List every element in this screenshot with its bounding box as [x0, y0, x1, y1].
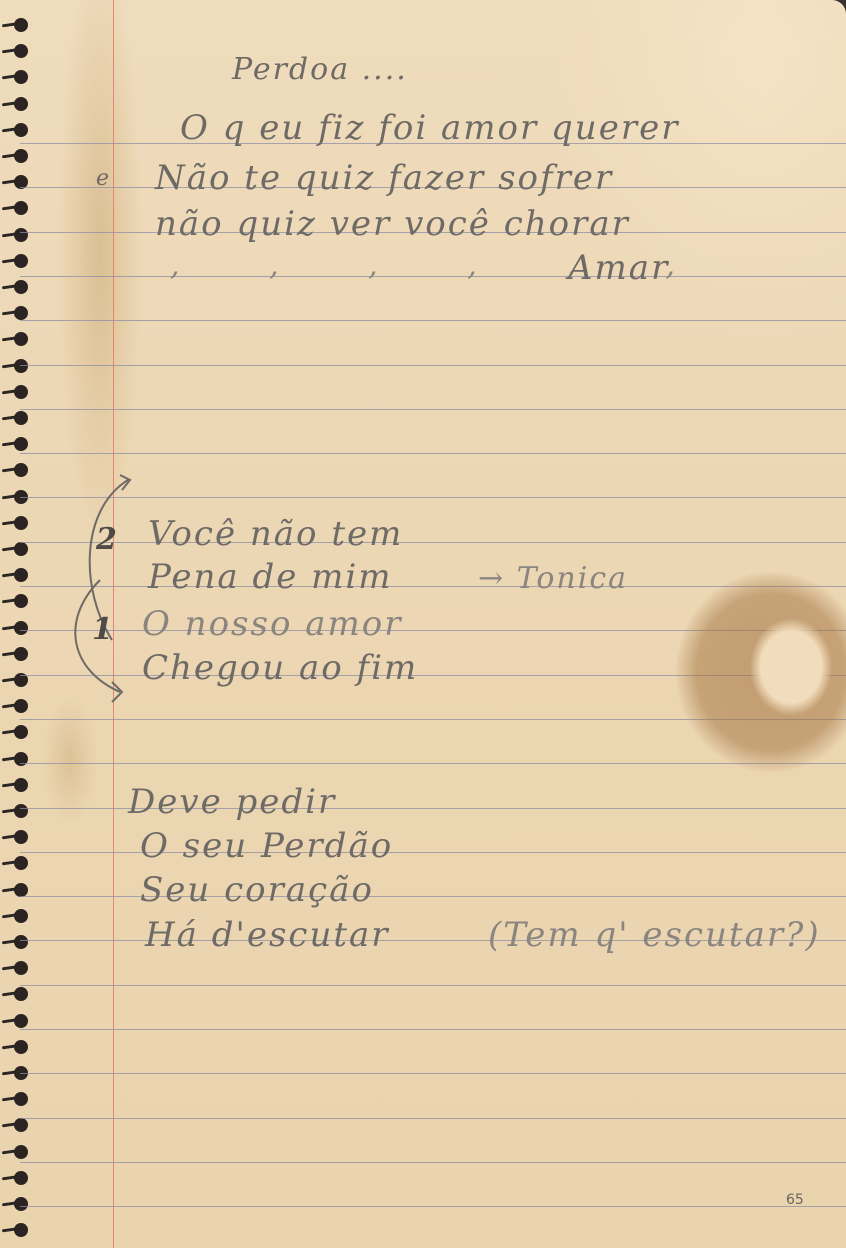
page-number: 65 — [786, 1192, 804, 1208]
spiral-coil — [2, 385, 28, 399]
spiral-coil — [2, 647, 28, 661]
spiral-coil — [2, 254, 28, 268]
spiral-coil — [2, 1040, 28, 1054]
lyric-line: O q eu fiz foi amor querer — [180, 108, 679, 148]
spiral-coil — [2, 411, 28, 425]
spiral-coil — [2, 359, 28, 373]
lyric-alt-note: (Tem q' escutar?) — [488, 915, 821, 955]
spiral-coil — [2, 568, 28, 582]
lyric-line: Seu coração — [140, 870, 374, 910]
spiral-coil — [2, 123, 28, 137]
spiral-coil — [2, 909, 28, 923]
tonica-note: → Tonica — [478, 561, 628, 596]
reorder-arrow-icon — [60, 470, 140, 715]
rule-line — [20, 1118, 846, 1119]
rule-line — [20, 1206, 846, 1207]
coffee-stain — [676, 572, 846, 772]
rule-line — [20, 542, 846, 543]
rule-line — [20, 763, 846, 764]
lyric-line: Você não tem — [148, 514, 403, 554]
spiral-coil — [2, 44, 28, 58]
spiral-coil — [2, 306, 28, 320]
rule-line — [20, 365, 846, 366]
spiral-coil — [2, 542, 28, 556]
order-marker: 1 — [92, 612, 115, 647]
spiral-coil — [2, 1118, 28, 1132]
spiral-coil — [2, 18, 28, 32]
lyric-line: O nosso amor — [142, 604, 402, 644]
lyric-line: Pena de mim — [148, 557, 393, 597]
spiral-coil — [2, 437, 28, 451]
spiral-coil — [2, 1145, 28, 1159]
spiral-coil — [2, 725, 28, 739]
spiral-coil — [2, 463, 28, 477]
lyric-line: Há d'escutar — [145, 915, 390, 955]
notebook-page: Perdoa .... O q eu fiz foi amor querer e… — [0, 0, 846, 1248]
spiral-coil — [2, 332, 28, 346]
rule-line — [20, 453, 846, 454]
lyric-line: Não te quiz fazer sofrer — [155, 158, 613, 198]
spiral-coil — [2, 594, 28, 608]
spiral-coil — [2, 97, 28, 111]
order-marker: 2 — [96, 522, 119, 557]
song-title: Perdoa .... — [232, 52, 408, 87]
rule-line — [20, 985, 846, 986]
spiral-coil — [2, 987, 28, 1001]
spiral-coil — [2, 516, 28, 530]
spiral-coil — [2, 856, 28, 870]
spiral-coil — [2, 778, 28, 792]
spiral-coil — [2, 149, 28, 163]
rule-line — [20, 1073, 846, 1074]
spiral-coil — [2, 70, 28, 84]
rule-line — [20, 1162, 846, 1163]
rule-line — [20, 409, 846, 410]
rule-line — [20, 497, 846, 498]
spiral-coil — [2, 1171, 28, 1185]
spiral-coil — [2, 1092, 28, 1106]
spiral-coil — [2, 1197, 28, 1211]
lyric-line: O seu Perdão — [140, 826, 393, 866]
lyric-line: Deve pedir — [128, 782, 336, 822]
spiral-coil — [2, 961, 28, 975]
spiral-coil — [2, 228, 28, 242]
spiral-coil — [2, 830, 28, 844]
spiral-coil — [2, 883, 28, 897]
lyric-line: Chegou ao fim — [142, 648, 418, 688]
lyric-line: Amar — [568, 248, 669, 288]
spiral-coil — [2, 201, 28, 215]
margin-mark: e — [96, 166, 111, 191]
spiral-coil — [2, 1223, 28, 1237]
rule-line — [20, 1029, 846, 1030]
spiral-coil — [2, 280, 28, 294]
rule-line — [20, 320, 846, 321]
spiral-coil — [2, 935, 28, 949]
lyric-line: não quiz ver você chorar — [155, 204, 630, 244]
spiral-coil — [2, 804, 28, 818]
spiral-coil — [2, 699, 28, 713]
spiral-coil — [2, 1014, 28, 1028]
spiral-coil — [2, 621, 28, 635]
